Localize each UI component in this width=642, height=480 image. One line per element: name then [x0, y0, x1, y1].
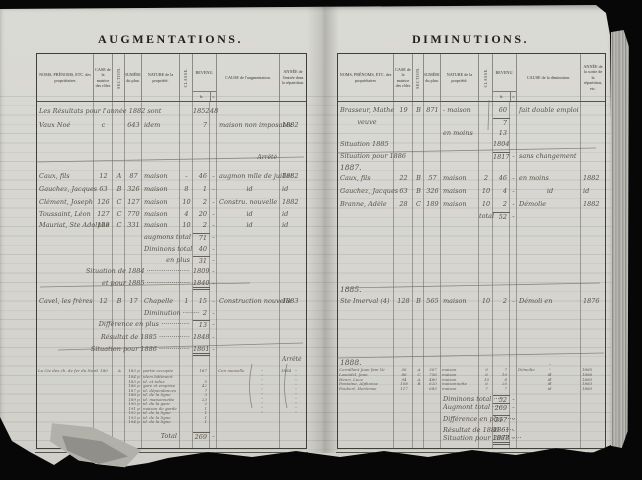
cell-rev_fr: 187: [193, 368, 210, 373]
cell-case: 127: [94, 210, 113, 218]
cell-nature: - maison: [441, 106, 479, 114]
cell-case: 19: [394, 106, 413, 114]
table-row: Caux, fils22B57maison246-en moins1882: [338, 174, 605, 182]
cell-rev_fr: 46: [193, 172, 210, 180]
cell-annee: 1884: [280, 368, 306, 373]
cell-nature: Diminons total: [142, 245, 193, 253]
cell-rev_fr: 1809: [193, 267, 210, 275]
cell-nature: maison: [441, 174, 479, 182]
cell-section: C: [113, 198, 125, 206]
table-row: Brasseur, Mathe19B871- maison60fait doub…: [338, 106, 605, 114]
table-row: Gauchez, Jacques63B326maison81-idid: [37, 185, 306, 193]
cell-annee: 1883: [280, 297, 306, 305]
cell-rev_fr: 1: [193, 419, 210, 424]
table-row: Augmont total ·····269-: [338, 403, 605, 412]
cell-rev_fr: 60: [493, 106, 510, 114]
cell-rev_c: -: [210, 221, 217, 229]
cell-nature: Chapelle: [142, 297, 180, 305]
header-cell-annee: ANNÉE de la sortie de la répartition, et…: [581, 54, 605, 101]
table-row: Caux, fils12A87maison-46-augmon mlle de …: [37, 172, 306, 180]
cell-rev_fr: 2: [193, 309, 210, 317]
cell-nature: Augmont total ·····: [441, 403, 493, 412]
cell-noms: et pour 1885 ·····················: [37, 279, 193, 290]
header-cell-case: CASE de la matrice des rôles: [394, 54, 413, 101]
cell-rev_c: -: [210, 432, 217, 441]
page-title-augmentations: AUGMENTATIONS.: [36, 32, 305, 47]
header-label: ANNÉE de la sortie de la répartition, et…: [582, 64, 604, 91]
cell-numero: 127: [125, 198, 142, 206]
header-cell-classe: CLASSE.: [180, 54, 193, 101]
cell-noms: Les Résultats pour l'année 1882 sont: [37, 107, 180, 115]
cell-section: A: [113, 368, 125, 373]
table-row: Arrêté: [37, 154, 306, 161]
cell-noms: Mauriat, Ste Adolphe: [37, 221, 94, 229]
header-label: CLASSE.: [483, 68, 488, 87]
cell-rev_fr: 1861: [193, 345, 210, 356]
cell-classe: -: [180, 172, 193, 180]
paper-sheet: AUGMENTATIONS. DIMINUTIONS. NOMS, PRÉNOM…: [0, 5, 612, 467]
cell-case: 63: [94, 185, 113, 193]
cell-case: 180: [94, 368, 113, 373]
cell-section: B: [413, 174, 424, 182]
francs-label: fr.: [193, 92, 210, 101]
table-row: Différence en plus ··············13-: [37, 320, 306, 329]
table-row: en plus31-: [37, 256, 306, 265]
table-body: Brasseur, Mathe19B871- maison60fait doub…: [338, 101, 605, 448]
cell-numero: 57: [424, 174, 441, 182]
cell-noms: 1887.: [338, 163, 394, 172]
cell-section: B: [413, 297, 424, 305]
cell-rev_fr: 269: [193, 432, 210, 441]
cell-nature: augmons total: [142, 233, 193, 242]
cell-case: c: [94, 121, 113, 129]
header-label: NATURE de la propriété.: [143, 72, 178, 83]
francs-label: fr.: [493, 92, 510, 101]
cell-noms: Caux, fils: [37, 172, 94, 180]
cell-nature: idem: [142, 121, 180, 129]
cell-rev_fr: 46: [493, 174, 510, 182]
table-row: Toussaint, Léon127C770maison420-idid: [37, 210, 306, 218]
cell-nature: maison: [142, 172, 180, 180]
cell-noms: Situation pour 1886: [338, 152, 479, 161]
cell-rev_c: -: [510, 415, 517, 424]
cell-section: C: [113, 210, 125, 218]
cell-noms: Toussaint, Léon: [37, 210, 94, 218]
cell-classe: 7: [479, 386, 493, 391]
cell-rev_fr: 217: [493, 415, 510, 424]
cell-section: C: [113, 221, 125, 229]
cell-classe: 10: [479, 200, 493, 208]
cell-noms: Caux, fils: [338, 174, 394, 182]
header-cell-names: NOMS, PRÉNOMS, ETC. des propriétaires: [37, 54, 94, 101]
cell-noms: Gauchez, Jacques: [338, 187, 394, 195]
cell-section: B: [413, 106, 424, 114]
cell-nature: maison: [142, 185, 180, 193]
cell-noms: 1888.: [338, 358, 394, 367]
cell-cause: Con nouvelle: [217, 368, 280, 373]
cell-noms: Situation 1885: [338, 140, 479, 148]
cell-nature: maison: [142, 221, 180, 229]
cell-numero: 194 p: [125, 419, 142, 424]
cell-case: 128: [94, 221, 113, 229]
table-row: Diminution ········2-: [37, 309, 306, 317]
cell-rev_fr: 2: [493, 297, 510, 305]
cell-cause: id: [217, 185, 280, 193]
cell-rev_c: -: [210, 333, 217, 341]
cell-nature: id. de la ligne: [142, 419, 180, 424]
cell-rev_fr: 1852: [193, 107, 210, 115]
cell-noms: La Cie des ch. de fer du Nord: [37, 368, 94, 373]
table-row: 194 pid. de la ligne1: [37, 419, 306, 424]
header-label: NUMÉRO du plan.: [125, 72, 142, 83]
table-row: Gauchez, Jacques63B326maison104-idid: [338, 187, 605, 195]
header-label: NUMÉRO du plan.: [424, 72, 441, 83]
table-row: Clément, Joseph126C127maison102-Constru.…: [37, 198, 306, 206]
cell-rev_fr: 2: [193, 221, 210, 229]
cell-classe: 10: [180, 221, 193, 229]
cell-noms: Gauchez, Jacques: [37, 185, 94, 193]
cell-nature: maison: [441, 386, 479, 391]
header-label: CAUSE de l'augmentation.: [225, 75, 271, 80]
header-cell-annee: ANNÉE de l'entrée dans la répartition.: [280, 54, 306, 101]
cell-numero: 331: [125, 221, 142, 229]
cell-nature: maison: [142, 210, 180, 218]
cell-case: 117: [394, 386, 413, 391]
header-label: CASE de la matrice des rôles: [95, 67, 111, 89]
header-cell-case: CASE de la matrice des rôles: [94, 54, 113, 101]
table-header: NOMS, PRÉNOMS, ETC. des propriétaires CA…: [338, 54, 605, 102]
cell-cause: fait double emploi: [517, 106, 581, 114]
cell-rev_c: -: [210, 172, 217, 180]
cell-rev_c: -: [510, 297, 517, 305]
cell-rev_c: -: [210, 210, 217, 218]
cell-rev_fr: 1861: [493, 426, 510, 434]
cell-noms: 1885.: [338, 285, 394, 294]
cell-annee: 1882: [581, 200, 605, 208]
cell-rev_fr: 1848: [193, 333, 210, 341]
cell-nature: en plus: [142, 256, 193, 265]
cell-rev_fr: 2078: [493, 434, 510, 445]
header-label: NATURE de la propriété.: [442, 72, 477, 83]
cell-case: 63: [394, 187, 413, 195]
cell-annee: id: [280, 210, 306, 218]
table-row: veuve7: [338, 118, 605, 127]
cell-nature: Différence en plus ·····: [441, 415, 493, 424]
ledger-table-augmentations: NOMS, PRÉNOMS, ETC. des propriétaires CA…: [36, 53, 307, 449]
table-body: Les Résultats pour l'année 1882 sont1852…: [37, 101, 306, 448]
table-row: La Cie des ch. de fer du Nord180A183 ppa…: [37, 368, 306, 373]
cell-noms: veuve: [338, 118, 394, 127]
table-row: Arrêté: [37, 356, 306, 363]
cell-annee: 1876: [581, 297, 605, 305]
cell-classe: total: [479, 212, 493, 221]
revenu-subheader: fr. c.: [493, 91, 516, 101]
header-label: ANNÉE de l'entrée dans la répartition.: [281, 69, 305, 85]
cell-nature: en moins: [441, 129, 479, 137]
cell-cause: Démoli en: [517, 297, 581, 305]
cell-numero: 643: [125, 121, 142, 129]
table-row: Situation pour 1887 ·····2078-: [338, 434, 605, 445]
table-row: Situation de 1884 ·····················1…: [37, 267, 306, 275]
cell-classe: 10: [479, 187, 493, 195]
cell-cause: augmon mlle de juillet: [217, 172, 280, 180]
cell-rev_fr: 15: [193, 297, 210, 305]
header-cell-numero: NUMÉRO du plan.: [125, 54, 142, 101]
cell-rev_fr: 1804: [493, 140, 510, 148]
table-row: Les Résultats pour l'année 1882 sont1852…: [37, 107, 306, 115]
cell-rev_c: -: [210, 185, 217, 193]
cell-classe: 1: [180, 297, 193, 305]
cell-rev_c: -: [510, 403, 517, 412]
cell-case: 128: [394, 297, 413, 305]
cell-rev_c: -: [210, 245, 217, 253]
header-cell-section: SECTION.: [113, 54, 125, 101]
header-cell-names: NOMS, PRÉNOMS, ETC. des propriétaires: [338, 54, 394, 101]
table-row: en moins13: [338, 129, 605, 137]
header-label: CAUSE de la diminution.: [527, 75, 570, 80]
table-row: et pour 1885 ·····················1840-: [37, 279, 306, 290]
cell-annee: 1882: [280, 172, 306, 180]
header-cell-revenu: REVENU. fr. c.: [493, 54, 517, 101]
cell-noms: Branne, Adèle: [338, 200, 394, 208]
table-row: Mauriat, Ste Adolphe128C331maison102-idi…: [37, 221, 306, 229]
table-row: augmons total71-: [37, 233, 306, 242]
cell-annee: 1885: [581, 386, 605, 391]
cell-rev_fr: 52: [493, 212, 510, 221]
cell-section: B: [413, 187, 424, 195]
scan-background: { "document": { "left_page": { "title": …: [0, 0, 642, 480]
cell-annee: id: [280, 221, 306, 229]
cell-cause: sans changement: [517, 152, 581, 161]
cell-noms: Ste Imerval (4): [338, 297, 394, 305]
header-cell-section: SECTION.: [413, 54, 424, 101]
cell-rev_fr: 1: [193, 185, 210, 193]
cell-cause: id: [517, 386, 581, 391]
header-cell-revenu: REVENU. fr. c.: [193, 54, 217, 101]
cell-noms: Foubert, Hortense: [338, 386, 394, 391]
table-row: 1885.: [338, 285, 605, 294]
cell-rev_fr: 7: [493, 118, 510, 127]
table-row: Situation pour 1886 ···············1861-: [37, 345, 306, 356]
cell-nature: maison: [142, 198, 180, 206]
header-label: SECTION.: [116, 67, 121, 89]
table-header: NOMS, PRÉNOMS, ETC. des propriétaires CA…: [37, 54, 306, 102]
cell-cause: Constru. nouvelle: [217, 198, 280, 206]
cell-numero: 565: [424, 297, 441, 305]
table-row: Cavel, les frères12B17Chapelle115-Constr…: [37, 297, 306, 305]
header-cell-cause: CAUSE de la diminution.: [517, 54, 581, 101]
cell-rev_fr: 71: [193, 233, 210, 242]
cell-noms: Clément, Joseph: [37, 198, 94, 206]
cell-rev_fr: 20: [193, 210, 210, 218]
cell-numero: 683: [424, 386, 441, 391]
cell-rev_c: -: [210, 297, 217, 305]
cell-noms: Brasseur, Mathe: [338, 106, 394, 114]
cell-nature: Diminution ········: [142, 309, 193, 317]
cell-numero: 770: [125, 210, 142, 218]
table-row: Situation pour 18861817-sans changement: [338, 152, 605, 161]
cell-rev_c: -: [210, 256, 217, 265]
cell-case: 22: [394, 174, 413, 182]
cell-rev_fr: 2: [493, 200, 510, 208]
cell-rev_c: -: [510, 200, 517, 208]
cell-section: A: [113, 172, 125, 180]
header-label: NOMS, PRÉNOMS, ETC. des propriétaires: [38, 72, 92, 83]
table-row: Résultat de 1886 ······1861-: [338, 426, 605, 434]
cell-classe: 2: [479, 174, 493, 182]
cell-annee: id: [581, 187, 605, 195]
cell-section: C: [413, 200, 424, 208]
cell-numero: 326: [424, 187, 441, 195]
table-row: 1888.: [338, 358, 605, 367]
cell-cause: Démolie: [517, 200, 581, 208]
cell-rev_c: -: [510, 152, 517, 161]
gutter-crease: [307, 5, 339, 453]
cell-rev_c: -: [210, 198, 217, 206]
table-row: Résultat de 1885 ···············1848-: [37, 333, 306, 341]
cell-cause: id: [517, 187, 581, 195]
cell-rev_c: -: [210, 267, 217, 275]
header-label: SECTION.: [415, 67, 420, 89]
cell-classe: 10: [180, 198, 193, 206]
centimes-label: c.: [510, 92, 517, 101]
cell-rev_fr: 40: [193, 245, 210, 253]
centimes-label: c.: [210, 92, 217, 101]
cell-cause: id: [217, 210, 280, 218]
table-row: Foubert, Hortense117683maison77id1885: [338, 386, 605, 391]
cell-nature: maison: [441, 200, 479, 208]
cell-nature: partie occupée: [142, 368, 180, 373]
header-label: NOMS, PRÉNOMS, ETC. des propriétaires: [339, 72, 392, 83]
cell-rev_fr: 1840: [193, 279, 210, 290]
cell-rev_c: 48: [210, 107, 217, 115]
cell-rev_c: -: [510, 434, 517, 445]
cell-nature: maison: [441, 187, 479, 195]
ledger-table-diminutions: NOMS, PRÉNOMS, ETC. des propriétaires CA…: [337, 53, 606, 449]
cell-annee: 1882: [581, 174, 605, 182]
cell-case: 12: [94, 172, 113, 180]
cell-rev_c: -: [510, 174, 517, 182]
table-row: Situation 18851804: [338, 140, 605, 148]
cell-numero: 871: [424, 106, 441, 114]
table-row: Ste Imerval (4)128B565maison102-Démoli e…: [338, 297, 605, 305]
cell-section: B: [113, 297, 125, 305]
cell-rev_fr: 31: [193, 256, 210, 265]
cell-numero: 17: [125, 297, 142, 305]
cell-annee: 1882: [280, 198, 306, 206]
header-cell-nature: NATURE de la propriété.: [441, 54, 479, 101]
cell-case: 12: [94, 297, 113, 305]
table-row: Différence en plus ·····217-: [338, 415, 605, 424]
revenu-subheader: fr. c.: [193, 91, 216, 101]
cell-numero: 87: [125, 172, 142, 180]
table-row: 1887.: [338, 163, 605, 172]
revenu-label: REVENU.: [493, 54, 516, 91]
cell-rev_fr: 7: [493, 386, 510, 391]
cell-rev_c: -: [210, 309, 217, 317]
cell-rev_c: -: [510, 426, 517, 434]
cell-rev_fr: 4: [493, 187, 510, 195]
cell-rev_fr: 13: [493, 129, 510, 137]
cell-noms: Vaux Noé: [37, 121, 94, 129]
table-row: Branne, Adèle28C189maison102-Démolie1882: [338, 200, 605, 208]
cell-case: 28: [394, 200, 413, 208]
page-title-diminutions: DIMINUTIONS.: [337, 32, 604, 47]
cell-classe: 4: [180, 210, 193, 218]
cell-rev_fr: 13: [193, 320, 210, 329]
header-label: CASE de la matrice des rôles: [395, 67, 411, 89]
cell-classe: 8: [180, 185, 193, 193]
cell-cause: Construction nouvelle: [217, 297, 280, 305]
cell-noms: Situation de 1884 ·····················: [37, 267, 193, 275]
cell-numero: 326: [125, 185, 142, 193]
cell-classe: 10: [479, 297, 493, 305]
cell-rev_fr: 1817: [493, 152, 510, 161]
cell-numero: 189: [424, 200, 441, 208]
header-label: CLASSE.: [183, 68, 188, 87]
cell-noms: Cavel, les frères: [37, 297, 94, 305]
cell-noms: Différence en plus ··············: [37, 320, 193, 329]
cell-rev_c: -: [210, 233, 217, 242]
revenu-label: REVENU.: [193, 54, 216, 91]
cell-numero: 183 p: [125, 368, 142, 373]
cell-noms: Résultat de 1885 ···············: [37, 333, 193, 341]
table-row: total52-: [338, 212, 605, 221]
cell-cause: maison non imposable: [217, 121, 280, 129]
cell-rev_fr: 2: [193, 198, 210, 206]
cell-cause: Arrêté: [217, 154, 280, 161]
table-row: Diminons total40-: [37, 245, 306, 253]
header-cell-classe: CLASSE.: [479, 54, 493, 101]
cell-nature: Total: [142, 432, 180, 441]
cell-rev_c: -: [510, 212, 517, 221]
header-cell-nature: NATURE de la propriété.: [142, 54, 180, 101]
cell-rev_c: -: [510, 187, 517, 195]
cell-section: B: [113, 185, 125, 193]
cell-case: 126: [94, 198, 113, 206]
table-row: Vaux Noéc643idem7maison non imposable188…: [37, 121, 306, 129]
cell-noms: Situation pour 1886 ···············: [37, 345, 193, 356]
cell-nature: Résultat de 1886 ······: [441, 426, 493, 434]
cell-nature: maison: [441, 297, 479, 305]
header-cell-cause: CAUSE de l'augmentation.: [217, 54, 280, 101]
cell-rev_fr: 7: [193, 121, 210, 129]
cell-annee: id: [280, 185, 306, 193]
cell-cause: id: [217, 221, 280, 229]
cell-annee: 1882: [280, 121, 306, 129]
cell-cause: en moins: [517, 174, 581, 182]
cell-annee: Arrêté: [280, 356, 306, 363]
cell-rev_c: -: [210, 320, 217, 329]
cell-rev_c: -: [210, 345, 217, 356]
header-cell-numero: NUMÉRO du plan.: [424, 54, 441, 101]
cell-rev_c: -: [210, 279, 217, 290]
cell-rev_fr: 269: [493, 403, 510, 412]
cell-nature: Situation pour 1887 ·····: [441, 434, 493, 445]
page-edge-stack: [611, 30, 629, 448]
